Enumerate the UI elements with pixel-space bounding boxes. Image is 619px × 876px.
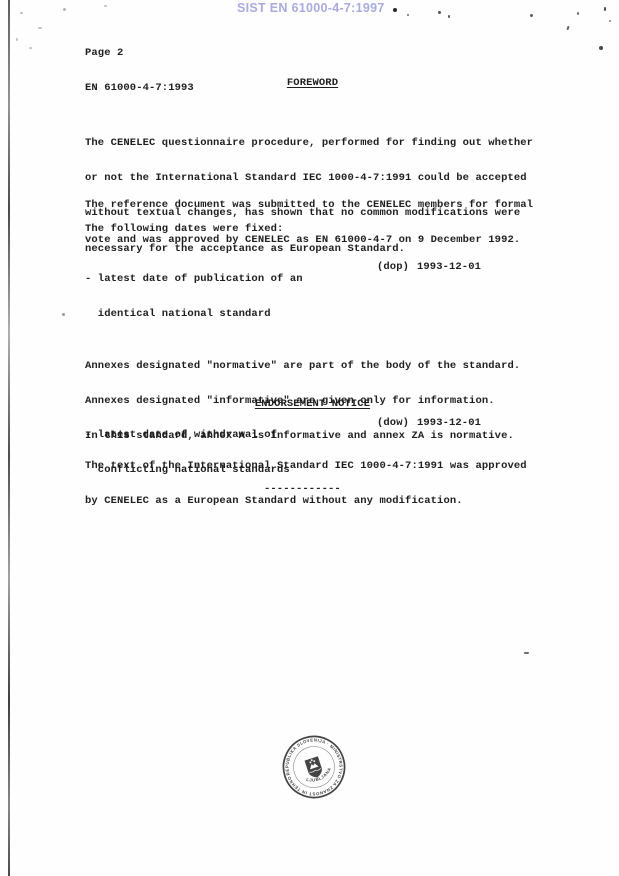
scan-speck bbox=[393, 8, 397, 12]
scan-speck bbox=[448, 15, 450, 18]
scan-speck bbox=[38, 27, 42, 29]
scan-speck bbox=[604, 7, 606, 11]
endorsement-title: ENDORSEMENT NOTICE bbox=[255, 398, 370, 410]
scan-speck bbox=[599, 46, 603, 50]
page-number: Page 2 bbox=[85, 48, 194, 60]
date-code-dop: (dop) bbox=[377, 262, 409, 274]
scan-edge-line bbox=[8, 0, 10, 876]
scan-speck bbox=[407, 14, 409, 16]
foreword-section: FOREWORD bbox=[85, 78, 540, 90]
seal-graphic: REPUBLIKA SLOVENIJA · MINISTRSTVO ZA ZNA… bbox=[280, 732, 348, 802]
text-line: vote and was approved by CENELEC as EN 6… bbox=[85, 235, 533, 247]
scan-speck bbox=[20, 12, 23, 14]
scanned-document-page: SIST EN 61000-4-7:1997 Page 2 EN 61000-4… bbox=[0, 0, 619, 876]
text-line: Annexes designated "normative" are part … bbox=[85, 361, 520, 373]
endorsement-section: ENDORSEMENT NOTICE bbox=[85, 399, 540, 411]
text-line: by CENELEC as a European Standard withou… bbox=[85, 496, 527, 508]
scan-speck bbox=[63, 8, 66, 11]
scan-speck bbox=[29, 47, 32, 49]
text-line: The reference document was submitted to … bbox=[85, 200, 533, 212]
text-line: - latest date of publication of an bbox=[85, 274, 540, 286]
scan-speck bbox=[438, 11, 441, 14]
text-line: The CENELEC questionnaire procedure, per… bbox=[85, 138, 533, 150]
foreword-title: FOREWORD bbox=[287, 77, 338, 89]
watermark-standard-id: SIST EN 61000-4-7:1997 bbox=[237, 1, 385, 15]
dashed-separator: ------------ bbox=[264, 484, 341, 496]
ministry-seal: REPUBLIKA SLOVENIJA · MINISTRSTVO ZA ZNA… bbox=[280, 732, 348, 802]
scan-speck bbox=[524, 652, 529, 654]
scan-speck bbox=[577, 12, 579, 15]
text-line: The text of the International Standard I… bbox=[85, 461, 527, 473]
scan-speck bbox=[104, 5, 107, 7]
page-header: Page 2 EN 61000-4-7:1993 bbox=[85, 24, 194, 118]
dates-intro: The following dates were fixed: bbox=[85, 224, 283, 236]
scan-speck bbox=[609, 20, 611, 22]
scan-speck bbox=[62, 313, 65, 316]
text-line: identical national standard bbox=[85, 309, 540, 321]
scan-speck bbox=[566, 26, 569, 30]
date-value-dop: 1993-12-01 bbox=[417, 262, 481, 274]
scan-speck bbox=[530, 14, 533, 17]
scan-speck bbox=[16, 38, 18, 41]
